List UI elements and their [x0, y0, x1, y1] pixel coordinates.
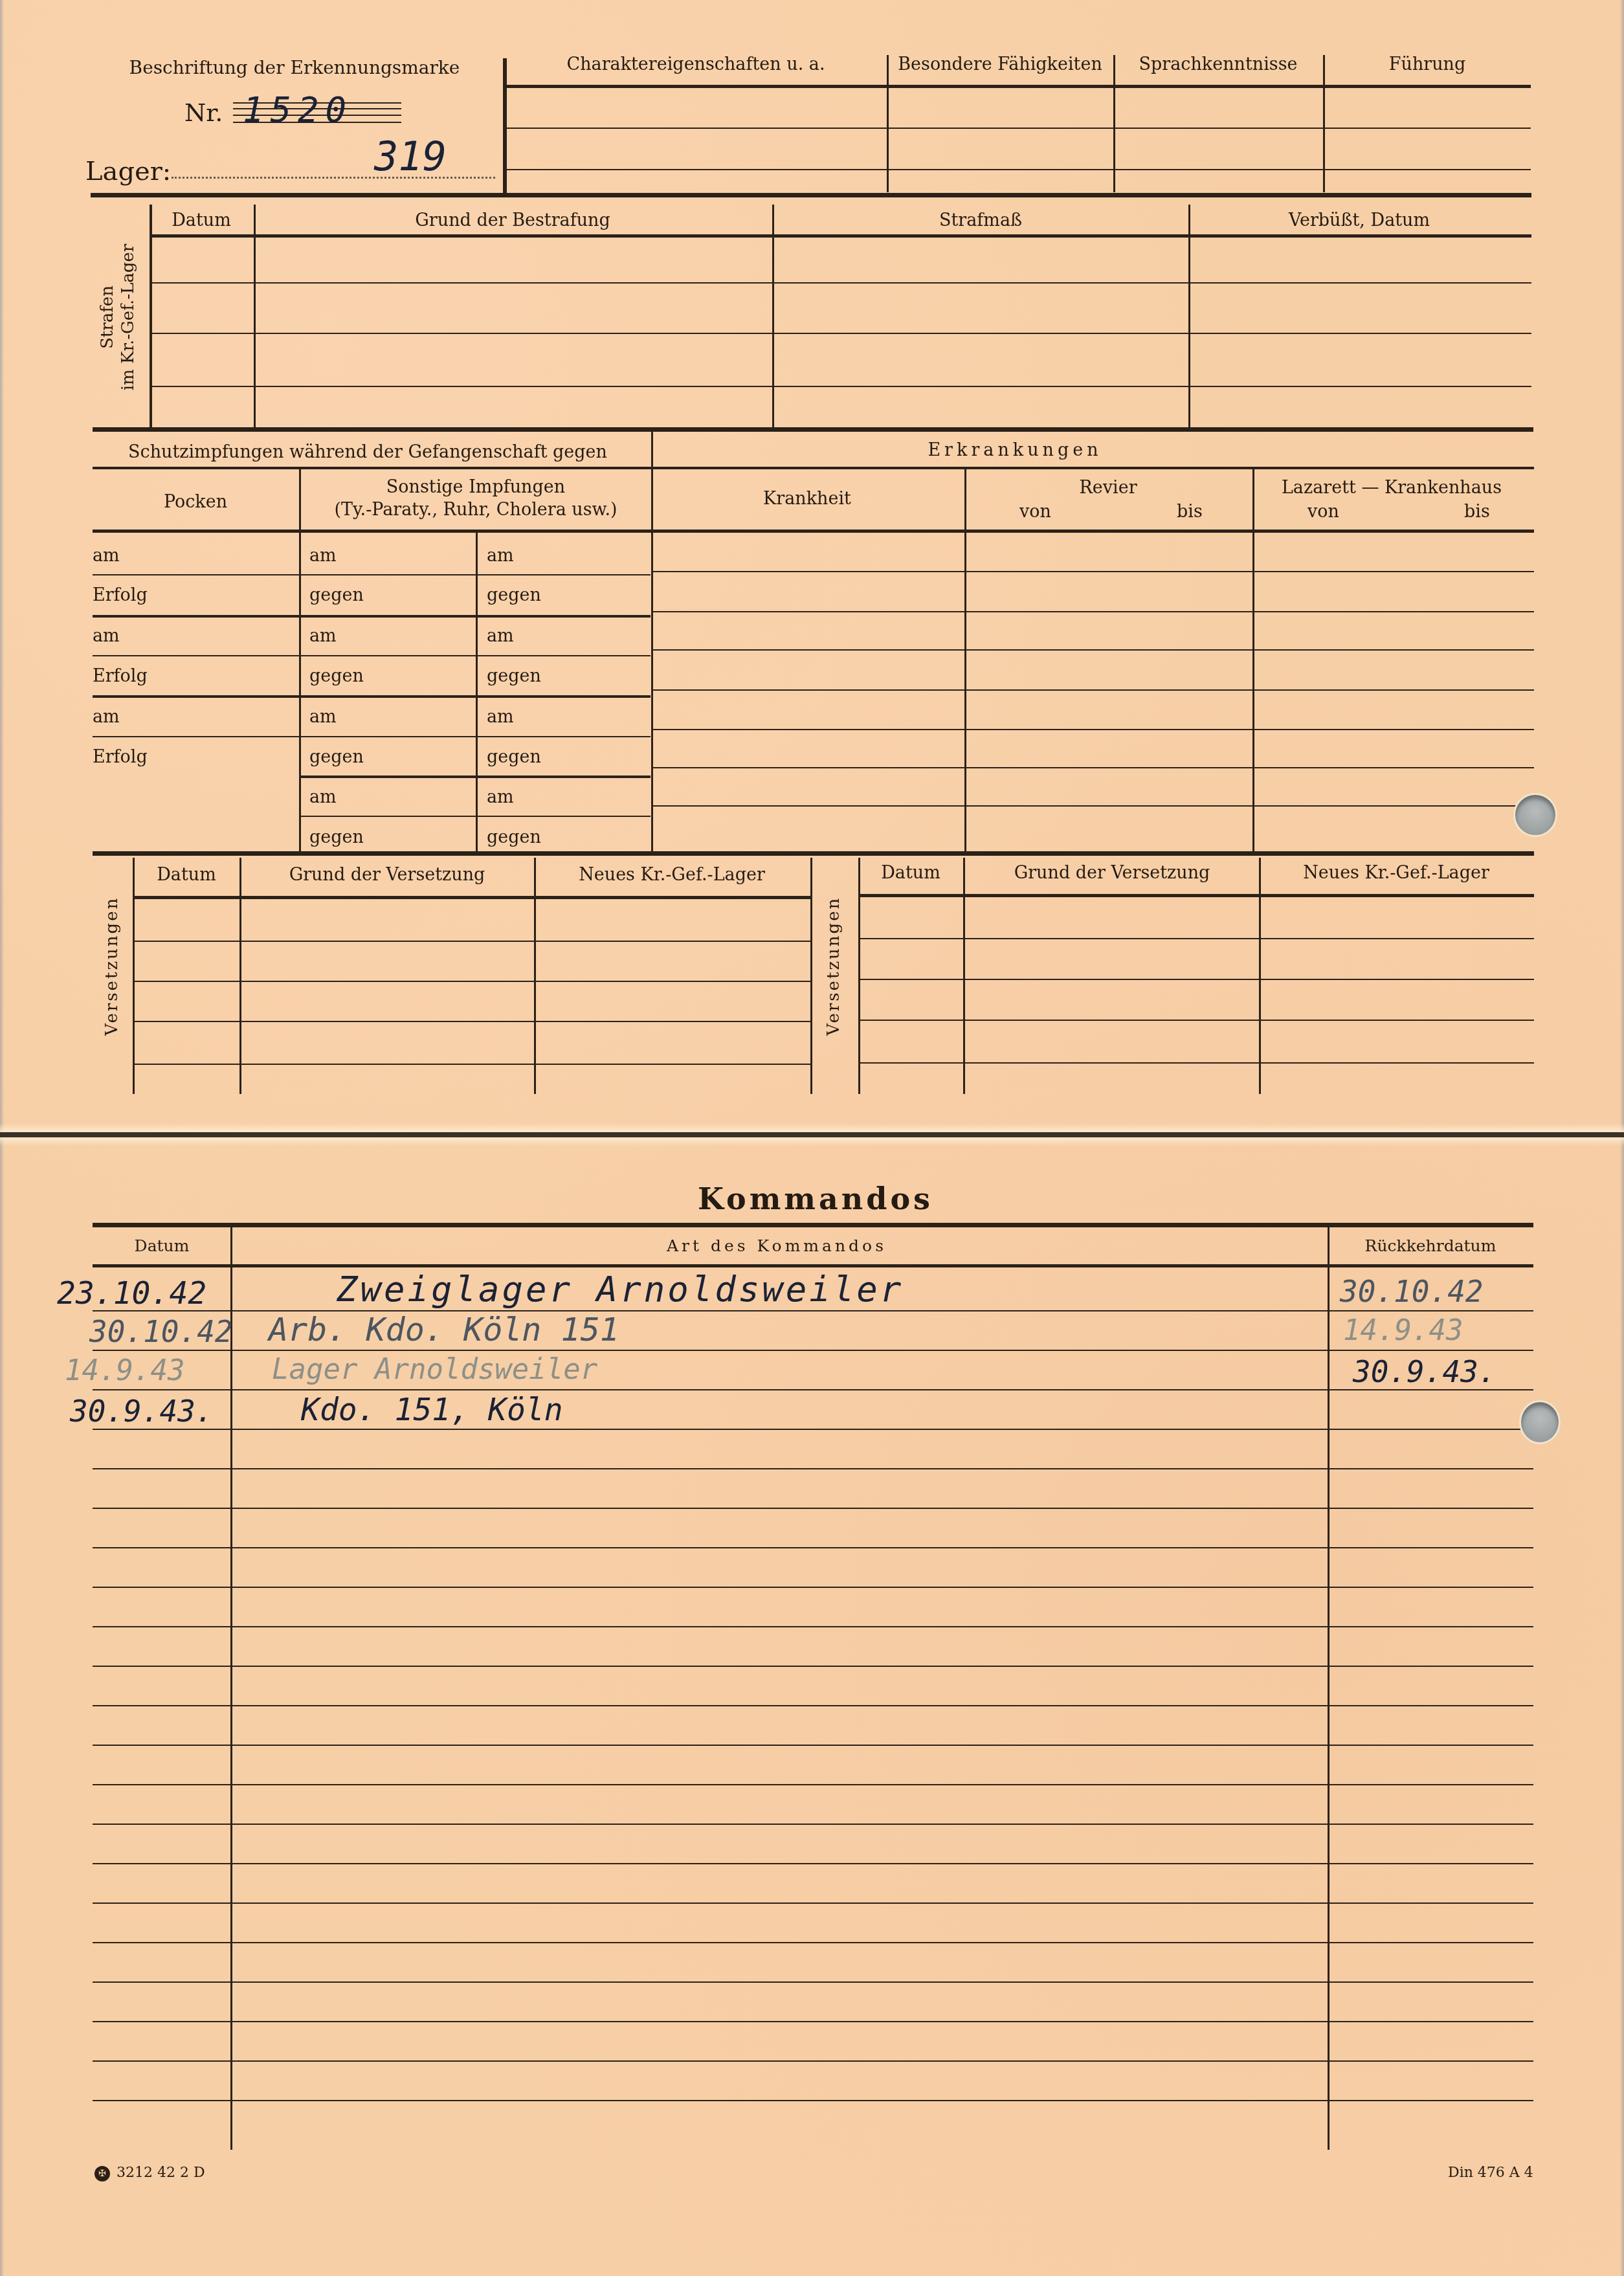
strafen-col-line [772, 205, 774, 430]
strafen-col-grund: Grund der Bestrafung [415, 210, 610, 230]
kdo-entry-datum: 23.10.42 [57, 1275, 206, 1311]
sonst-gegen: gegen [487, 827, 541, 847]
vers-col-line [534, 858, 536, 1094]
nr-label: Nr. [184, 98, 223, 127]
lager-dotted-line [172, 177, 495, 179]
sonst-am: am [309, 546, 337, 566]
kdo-row-line [93, 1942, 1533, 1943]
strafen-col-line [254, 205, 256, 430]
versetzungen-side-label: Versetzungen [102, 906, 122, 1036]
pocken-am-2: am [93, 626, 120, 646]
vers-row-line [134, 1064, 810, 1065]
lager-value: 319 [374, 133, 447, 180]
sonst-gegen: gegen [309, 666, 364, 686]
pocken-erfolg-3: Erfolg [93, 747, 148, 767]
header-col-line [1113, 55, 1115, 192]
erk-row-line [652, 649, 1534, 651]
impfungen-title: Schutzimpfungen während der Gefangenscha… [128, 442, 607, 462]
kdo-row-line [93, 1389, 1533, 1390]
lager-label: Lager: [85, 157, 171, 186]
vers-row-line [134, 1021, 810, 1022]
kdo-col-datum: Datum [135, 1236, 190, 1255]
kdo-row-line [93, 2060, 1533, 2062]
col-sprachen: Sprachkenntnisse [1139, 54, 1298, 74]
strafen-col-line [1188, 205, 1190, 430]
kdo-row-line [93, 1863, 1533, 1864]
revier-bis: bis [1177, 502, 1203, 522]
sonst-gegen: gegen [487, 666, 541, 686]
sonst-gegen: gegen [309, 827, 364, 847]
col-krankheit: Krankheit [763, 489, 851, 509]
kdo-col-line [230, 1227, 232, 2150]
vers-col-lager: Neues Kr.-Gef.-Lager [579, 865, 765, 885]
kdo-row-line [93, 1626, 1533, 1627]
kdo-entry-rueckkehr: 14.9.43 [1343, 1314, 1463, 1347]
section-divider [651, 432, 653, 851]
sonst-am: am [487, 787, 514, 807]
erk-row-line [652, 571, 1534, 572]
kdo-col-line [1328, 1227, 1329, 2150]
header-bottom-rule [91, 193, 1531, 197]
impf-group-rule [93, 615, 651, 618]
kdo-entry-art: Zweiglager Arnoldsweiler [337, 1269, 904, 1310]
header-col-underline [507, 85, 1531, 88]
vers-header-rule [134, 896, 810, 899]
erk-row-line [652, 805, 1534, 807]
impf-row-line [93, 574, 651, 575]
col-fuehrung: Führung [1389, 54, 1465, 74]
kdo-row-line [93, 1350, 1533, 1351]
strafen-col-strafmass: Strafmaß [939, 210, 1022, 230]
kdo-row-line [93, 1902, 1533, 1904]
vers-col-grund: Grund der Versetzung [289, 865, 485, 885]
header-row-line [507, 169, 1531, 170]
fold-line [0, 1132, 1624, 1137]
sonst-gegen: gegen [487, 585, 541, 605]
erk-col-line [1252, 468, 1254, 853]
kdo-entry-rueckkehr: 30.9.43. [1353, 1354, 1496, 1389]
sonst-gegen: gegen [487, 747, 541, 767]
vers-col-line [1259, 858, 1261, 1094]
col-sonstige-1: Sonstige Impfungen [386, 477, 565, 497]
header-col-line [1323, 55, 1325, 192]
vers-row-line [860, 1020, 1534, 1021]
sonst-am: am [309, 626, 337, 646]
sonst-gegen: gegen [309, 585, 364, 605]
sonst-am: am [309, 787, 337, 807]
strafen-col-verbuesst: Verbüßt, Datum [1289, 210, 1430, 230]
kdo-entry-datum: 30.9.43. [70, 1394, 214, 1429]
section-bottom-rule [93, 851, 1534, 856]
kdo-col-rueckkehr: Rückkehrdatum [1365, 1236, 1496, 1255]
strafen-row-line [151, 282, 1531, 284]
pocken-am-1: am [93, 546, 120, 566]
printer-mark-icon: ✠ [95, 2166, 110, 2181]
header-divider [503, 58, 507, 195]
sonstige-split-line [476, 533, 478, 853]
erk-row-line [652, 689, 1534, 691]
col-pocken: Pocken [164, 492, 227, 512]
erk-row-line [652, 767, 1534, 768]
versetzungen-side-label: Versetzungen [824, 906, 843, 1036]
sonst-gegen: gegen [309, 747, 364, 767]
pocken-erfolg-2: Erfolg [93, 666, 148, 686]
strafen-row-line [151, 333, 1531, 334]
col-sonstige-2: (Ty.-Paraty., Ruhr, Cholera usw.) [334, 500, 617, 520]
strafen-side-label-2: im Kr.-Gef.-Lager [118, 230, 139, 405]
kdo-row-line [93, 1824, 1533, 1825]
sonst-am: am [487, 707, 514, 727]
print-code: 3212 42 2 D [117, 2165, 205, 2181]
vers-col-line [133, 858, 135, 1094]
header-col-line [887, 55, 889, 192]
sonst-am: am [487, 626, 514, 646]
kdo-entry-art: Arb. Kdo. Köln 151 [269, 1311, 619, 1348]
impf-row-line [93, 655, 651, 656]
kdo-row-line [93, 2021, 1533, 2022]
strafen-row-line [151, 386, 1531, 387]
kommandos-top-rule [93, 1223, 1533, 1227]
vers-col-datum: Datum [157, 865, 216, 885]
impf-col-line [299, 468, 301, 853]
impf-group-rule [93, 695, 651, 698]
erk-col-line [964, 468, 966, 853]
vers-col-line [239, 858, 241, 1094]
header-row-line [507, 128, 1531, 129]
section-subheader-rule [93, 467, 1534, 469]
sonst-am: am [487, 546, 514, 566]
vers-col-grund: Grund der Versetzung [1014, 863, 1210, 883]
lazarett-bis: bis [1464, 502, 1490, 522]
kdo-col-art: Art des Kommandos [667, 1236, 887, 1255]
kdo-row-line [93, 1705, 1533, 1706]
kommandos-header-rule [93, 1264, 1533, 1267]
vers-row-line [134, 941, 810, 942]
punch-hole [1513, 793, 1557, 837]
col-faehigkeiten: Besondere Fähigkeiten [898, 54, 1102, 74]
impf-group-rule [299, 775, 651, 778]
vers-col-line [810, 858, 812, 1094]
sonst-am: am [309, 707, 337, 727]
vers-col-datum: Datum [881, 863, 940, 883]
col-lazarett: Lazarett — Krankenhaus [1282, 478, 1502, 498]
vers-row-line [860, 979, 1534, 980]
din-format: Din 476 A 4 [1448, 2165, 1533, 2181]
section-header-rule [93, 530, 1534, 533]
vers-col-line [858, 858, 860, 1094]
tag-label: Beschriftung der Erkennungsmarke [129, 57, 460, 78]
vers-row-line [134, 981, 810, 982]
kdo-row-line [93, 1981, 1533, 1983]
vers-row-line [860, 938, 1534, 939]
pocken-am-3: am [93, 707, 120, 727]
punch-hole [1519, 1400, 1561, 1444]
kdo-row-line [93, 1429, 1533, 1430]
kdo-row-line [93, 2100, 1533, 2101]
impf-row-line [299, 816, 651, 817]
erk-row-line [652, 611, 1534, 612]
revier-von: von [1019, 502, 1051, 522]
kommandos-title: Kommandos [698, 1181, 933, 1216]
fold-highlight [0, 1137, 1624, 1146]
col-charakter: Charaktereigenschaften u. a. [566, 54, 825, 74]
strafen-col-datum: Datum [172, 210, 231, 230]
kdo-row-line [93, 1508, 1533, 1509]
strafen-col-line [150, 205, 152, 430]
pocken-erfolg-1: Erfolg [93, 585, 148, 605]
nr-value: 1520 [243, 89, 353, 130]
fold-highlight [0, 1123, 1624, 1132]
lazarett-von: von [1307, 502, 1339, 522]
kdo-entry-art: Kdo. 151, Köln [301, 1392, 563, 1428]
vers-col-line [963, 858, 965, 1094]
vers-row-line [860, 1062, 1534, 1064]
kdo-row-line [93, 1784, 1533, 1785]
vers-col-lager: Neues Kr.-Gef.-Lager [1303, 863, 1489, 883]
col-revier: Revier [1079, 478, 1137, 498]
kdo-entry-rueckkehr: 30.10.42 [1340, 1274, 1484, 1309]
kdo-row-line [93, 1468, 1533, 1469]
kdo-entry-datum: 14.9.43 [65, 1354, 184, 1387]
kdo-entry-art: Lager Arnoldsweiler [272, 1353, 597, 1386]
erkrankungen-title: Erkrankungen [928, 440, 1102, 460]
vers-header-rule [860, 894, 1534, 897]
strafen-side-label-1: Strafen [97, 230, 118, 405]
kdo-row-line [93, 1745, 1533, 1746]
kdo-row-line [93, 1666, 1533, 1667]
strafen-bottom-rule [93, 427, 1533, 432]
strafen-side-label: Strafen im Kr.-Gef.-Lager [97, 230, 139, 405]
kdo-row-line [93, 1587, 1533, 1588]
strafen-header-rule [151, 234, 1531, 238]
kdo-entry-datum: 30.10.42 [89, 1314, 233, 1349]
impf-row-line [93, 736, 651, 737]
kdo-row-line [93, 1547, 1533, 1548]
erk-row-line [652, 729, 1534, 730]
